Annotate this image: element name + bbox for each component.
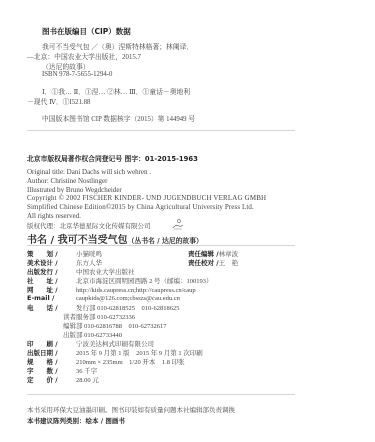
rights-agent: 版权代理：北京华德星际文化传媒有限公司 bbox=[27, 221, 151, 230]
credit-word-count: 字 数 /36 千字 bbox=[27, 366, 97, 375]
phone-publishing: 出版部 010-62733440 bbox=[63, 330, 122, 339]
cip-isbn: ISBN 978-7-5655-1294-0 bbox=[42, 71, 112, 78]
credit-art-design: 美术设计 /东方人华 bbox=[27, 258, 102, 267]
author: Author: Christine Nostlinger bbox=[27, 177, 108, 185]
cip-number: 中国版本图书馆 CIP 数据核字（2015）第 144949 号 bbox=[42, 113, 195, 123]
credit-website: 网 址 /http://kids.caupress.cn;http://caup… bbox=[27, 285, 196, 294]
original-title: Original title: Dani Dachs will sich weh… bbox=[27, 168, 151, 176]
credit-printer: 印 刷 /宁波美达柯式印刷有限公司 bbox=[27, 339, 154, 348]
footer-category: 本书建议陈列类别：绘本 / 图画书 bbox=[27, 416, 125, 425]
cip-line: —北京：中国农业大学出版社，2015.7 bbox=[27, 51, 141, 61]
rights-reserved: All rights reserved. bbox=[27, 212, 81, 220]
credit-email: E-mail /caupkids@126.com;cbsszs@cau.edu.… bbox=[27, 294, 180, 302]
book-name-heading: 书名 / 我可不当受气包（丛书名 / 达尼的故事） bbox=[27, 231, 203, 246]
cip-line: （达尼的故事） bbox=[42, 61, 90, 71]
credit-editor: 责任编辑 /林章波 bbox=[188, 249, 238, 258]
credit-publisher: 出版发行 /中国农业大学出版社 bbox=[27, 267, 135, 276]
series-name: （丛书名 / 达尼的故事） bbox=[128, 237, 203, 245]
credit-price: 定 价 /28.00 元 bbox=[27, 375, 99, 384]
divider bbox=[27, 130, 295, 131]
edition-line: Simplified Chinese Edition©2015 by China… bbox=[27, 203, 254, 211]
credit-format: 规 格 /210mm × 235mm 1/20 开本 1.8 印张 bbox=[27, 357, 185, 366]
illustrator: Illustrated by Bruno Wegdcheider bbox=[27, 186, 122, 194]
phone-reader-service: 读者服务部 010-62732336 bbox=[63, 312, 135, 321]
cip-line: 我可不当受气包 ／（奥）涅斯特林格著；林阑译． bbox=[42, 41, 193, 51]
copyright-registration: 北京市版权局著作权合同登记号 图字：01-2015-1963 bbox=[27, 153, 198, 163]
cip-line: －现代 Ⅳ．①I521.88 bbox=[27, 96, 90, 106]
agency-logo-icon bbox=[172, 218, 184, 230]
footer-notice: 本书采用环保大豆油墨印刷。图书印装如有质量问题本社编辑部负责调换 bbox=[27, 405, 235, 414]
divider bbox=[27, 394, 295, 395]
credit-planning: 策 划 /小猫咣鸣 bbox=[27, 249, 102, 258]
credit-phone: 电 话 /发行部 010-62818525 010-62818625 bbox=[27, 303, 179, 312]
divider bbox=[27, 245, 295, 246]
cip-line: Ⅰ．①我… Ⅱ．①涅… ②林… Ⅲ．①童话－奥地利 bbox=[42, 86, 190, 96]
credit-address: 社 址 /北京市海淀区圆明园西路 2 号（邮编：100193） bbox=[27, 276, 213, 285]
phone-editorial: 编辑部 010-62816788 010-62732617 bbox=[63, 321, 166, 330]
copyright-line: Copyright © 2002 FISCHER KINDER- UND JUG… bbox=[27, 194, 266, 202]
cip-title: 图书在版编目（CIP）数据 bbox=[42, 26, 131, 37]
credit-publish-date: 出版日期 /2015 年 9 月第 1 版 2015 年 9 月第 1 次印刷 bbox=[27, 348, 203, 357]
credit-proofreader: 责任校对 /王 艳 bbox=[188, 258, 238, 267]
